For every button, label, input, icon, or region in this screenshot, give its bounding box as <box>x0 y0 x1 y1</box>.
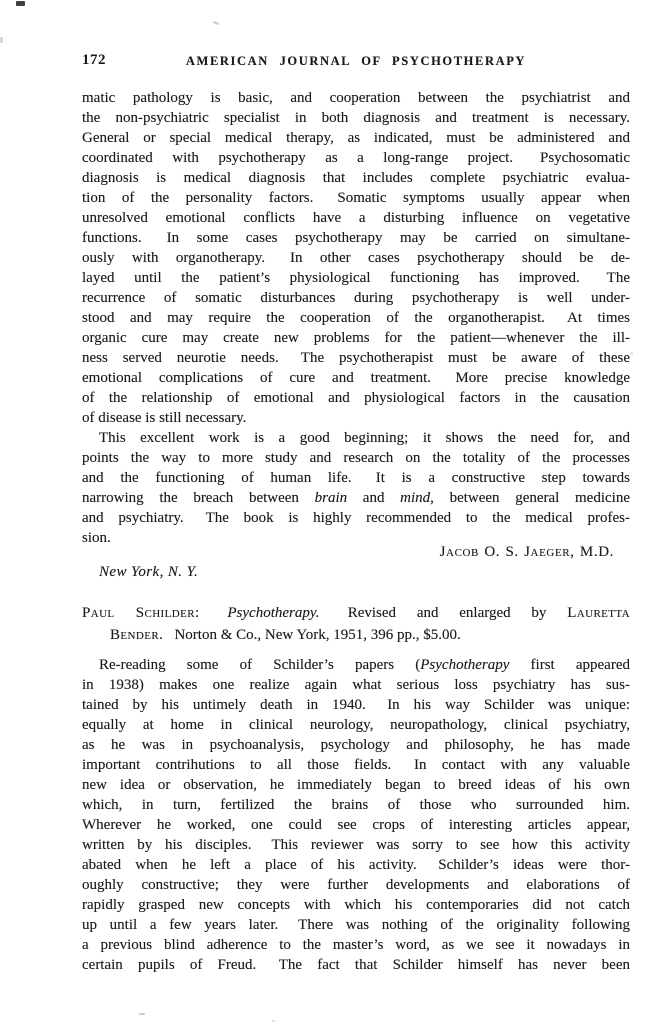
italic-text: mind, <box>400 490 434 506</box>
text-line: matic pathology is basic, and cooperatio… <box>82 88 630 108</box>
reviewer-location: New York, N. Y. <box>99 562 630 582</box>
review-citation: Paul Schilder: Psychotherapy. Revised an… <box>82 602 630 646</box>
author-name: Paul Schilder <box>82 605 195 621</box>
text-line: This excellent work is a good beginning;… <box>82 428 630 448</box>
paragraph-2: This excellent work is a good beginning;… <box>82 428 630 548</box>
reviewer-signature: Jacob O. S. Jaeger, M.D. <box>82 542 630 562</box>
text-line: functions. In some cases psychotherapy m… <box>82 228 630 248</box>
text-line: General or special medical therapy, as i… <box>82 128 630 148</box>
journal-title: AMERICAN JOURNAL OF PSYCHOTHERAPY <box>82 52 630 69</box>
editor-name: Bender. <box>110 627 163 643</box>
page-header: 172 AMERICAN JOURNAL OF PSYCHOTHERAPY <box>82 52 630 88</box>
text-line: coordinated with psychotherapy as a long… <box>82 148 630 168</box>
scan-speck <box>630 352 633 355</box>
text-line: new idea or observation, he immediately … <box>82 775 630 795</box>
italic-text: brain <box>315 490 348 506</box>
paragraph-1: matic pathology is basic, and cooperatio… <box>82 88 630 428</box>
text-line: written by his disciples. This reviewer … <box>82 835 630 855</box>
text-segment: and <box>347 490 400 506</box>
text-line: points the way to more study and researc… <box>82 448 630 468</box>
text-line: oughly constructive; they were further d… <box>82 875 630 895</box>
text-line: important contrihutions to all those fie… <box>82 755 630 775</box>
scan-speck <box>272 1020 275 1022</box>
text-line: abated when he left a place of his activ… <box>82 855 630 875</box>
text-line: of disease is still necessary. <box>82 408 630 428</box>
text-segment: Revised and enlarged by <box>319 605 567 621</box>
text-line: layed until the patient’s physiological … <box>82 268 630 288</box>
citation-line: Paul Schilder: Psychotherapy. Revised an… <box>82 602 630 624</box>
text-line: Wherever he worked, one could see crops … <box>82 815 630 835</box>
text-line: narrowing the breach between brain and m… <box>82 488 630 508</box>
text-line: the non-psychiatric specialist in both d… <box>82 108 630 128</box>
text-line: organic cure may create new problems for… <box>82 328 630 348</box>
text-line: certain pupils of Freud. The fact that S… <box>82 955 630 975</box>
text-line: ously with organotherapy. In other cases… <box>82 248 630 268</box>
text-line: and psychiatry. The book is highly recom… <box>82 508 630 528</box>
italic-text: Psychotherapy <box>420 657 509 673</box>
text-line: tion of the personality factors. Somatic… <box>82 188 630 208</box>
text-line: recurrence of somatic disturbances durin… <box>82 288 630 308</box>
scan-speck <box>16 1 25 6</box>
book-title: Psychotherapy. <box>227 605 319 621</box>
text-line: a previous blind adherence to the master… <box>82 935 630 955</box>
editor-name: Lauretta <box>567 605 630 621</box>
book-review-schilder: Paul Schilder: Psychotherapy. Revised an… <box>82 602 630 975</box>
text-line: equally at home in clinical neurology, n… <box>82 715 630 735</box>
paragraph-3: Re-reading some of Schilder’s papers (Ps… <box>82 655 630 975</box>
text-segment: Re-reading some of Schilder’s papers ( <box>99 657 420 673</box>
text-line: and the functioning of human life. It is… <box>82 468 630 488</box>
scan-speck <box>139 1013 145 1015</box>
text-line: emotional complications of cure and trea… <box>82 368 630 388</box>
text-line: of the relationship of emotional and phy… <box>82 388 630 408</box>
page-content: 172 AMERICAN JOURNAL OF PSYCHOTHERAPY ma… <box>82 52 630 975</box>
text-segment: : <box>195 605 227 621</box>
page-number: 172 <box>82 52 106 69</box>
citation-line: Bender. Norton & Co., New York, 1951, 39… <box>82 624 630 646</box>
text-line: which, in turn, fertilized the brains of… <box>82 795 630 815</box>
text-line: Re-reading some of Schilder’s papers (Ps… <box>82 655 630 675</box>
text-line: tained by his untimely death in 1940. In… <box>82 695 630 715</box>
text-segment: first appeared <box>509 657 630 673</box>
text-line: unresolved emotional conflicts have a di… <box>82 208 630 228</box>
text-line: in 1938) makes one realize again what se… <box>82 675 630 695</box>
text-line: ness served neurotie needs. The psychoth… <box>82 348 630 368</box>
publication-info: Norton & Co., New York, 1951, 396 pp., $… <box>163 627 461 643</box>
scan-speck <box>0 37 3 43</box>
text-segment: narrowing the breach between <box>82 490 315 506</box>
scanned-journal-page: 172 AMERICAN JOURNAL OF PSYCHOTHERAPY ma… <box>0 0 650 1029</box>
text-line: stood and may require the cooperation of… <box>82 308 630 328</box>
text-segment: between general medicine <box>434 490 630 506</box>
scan-speck <box>213 21 219 25</box>
book-review-jaeger: matic pathology is basic, and cooperatio… <box>82 88 630 582</box>
text-line: diagnosis is medical diagnosis that incl… <box>82 168 630 188</box>
text-line: up until a few years later. There was no… <box>82 915 630 935</box>
text-line: as he was in psychoanalysis, psychology … <box>82 735 630 755</box>
text-line: rapidly grasped new concepts with which … <box>82 895 630 915</box>
